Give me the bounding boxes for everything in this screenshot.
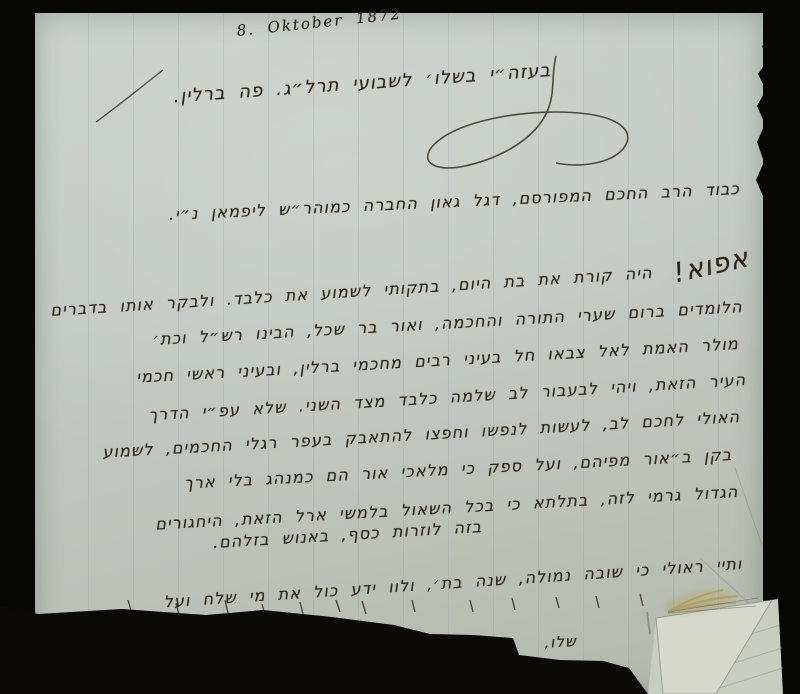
- scanned-letter-stage: 8. Oktober 1872 בעזה״י בשלו׳ לשבועי תרל״…: [0, 0, 800, 694]
- cutoff-fragment-line: שלו,: [544, 634, 577, 651]
